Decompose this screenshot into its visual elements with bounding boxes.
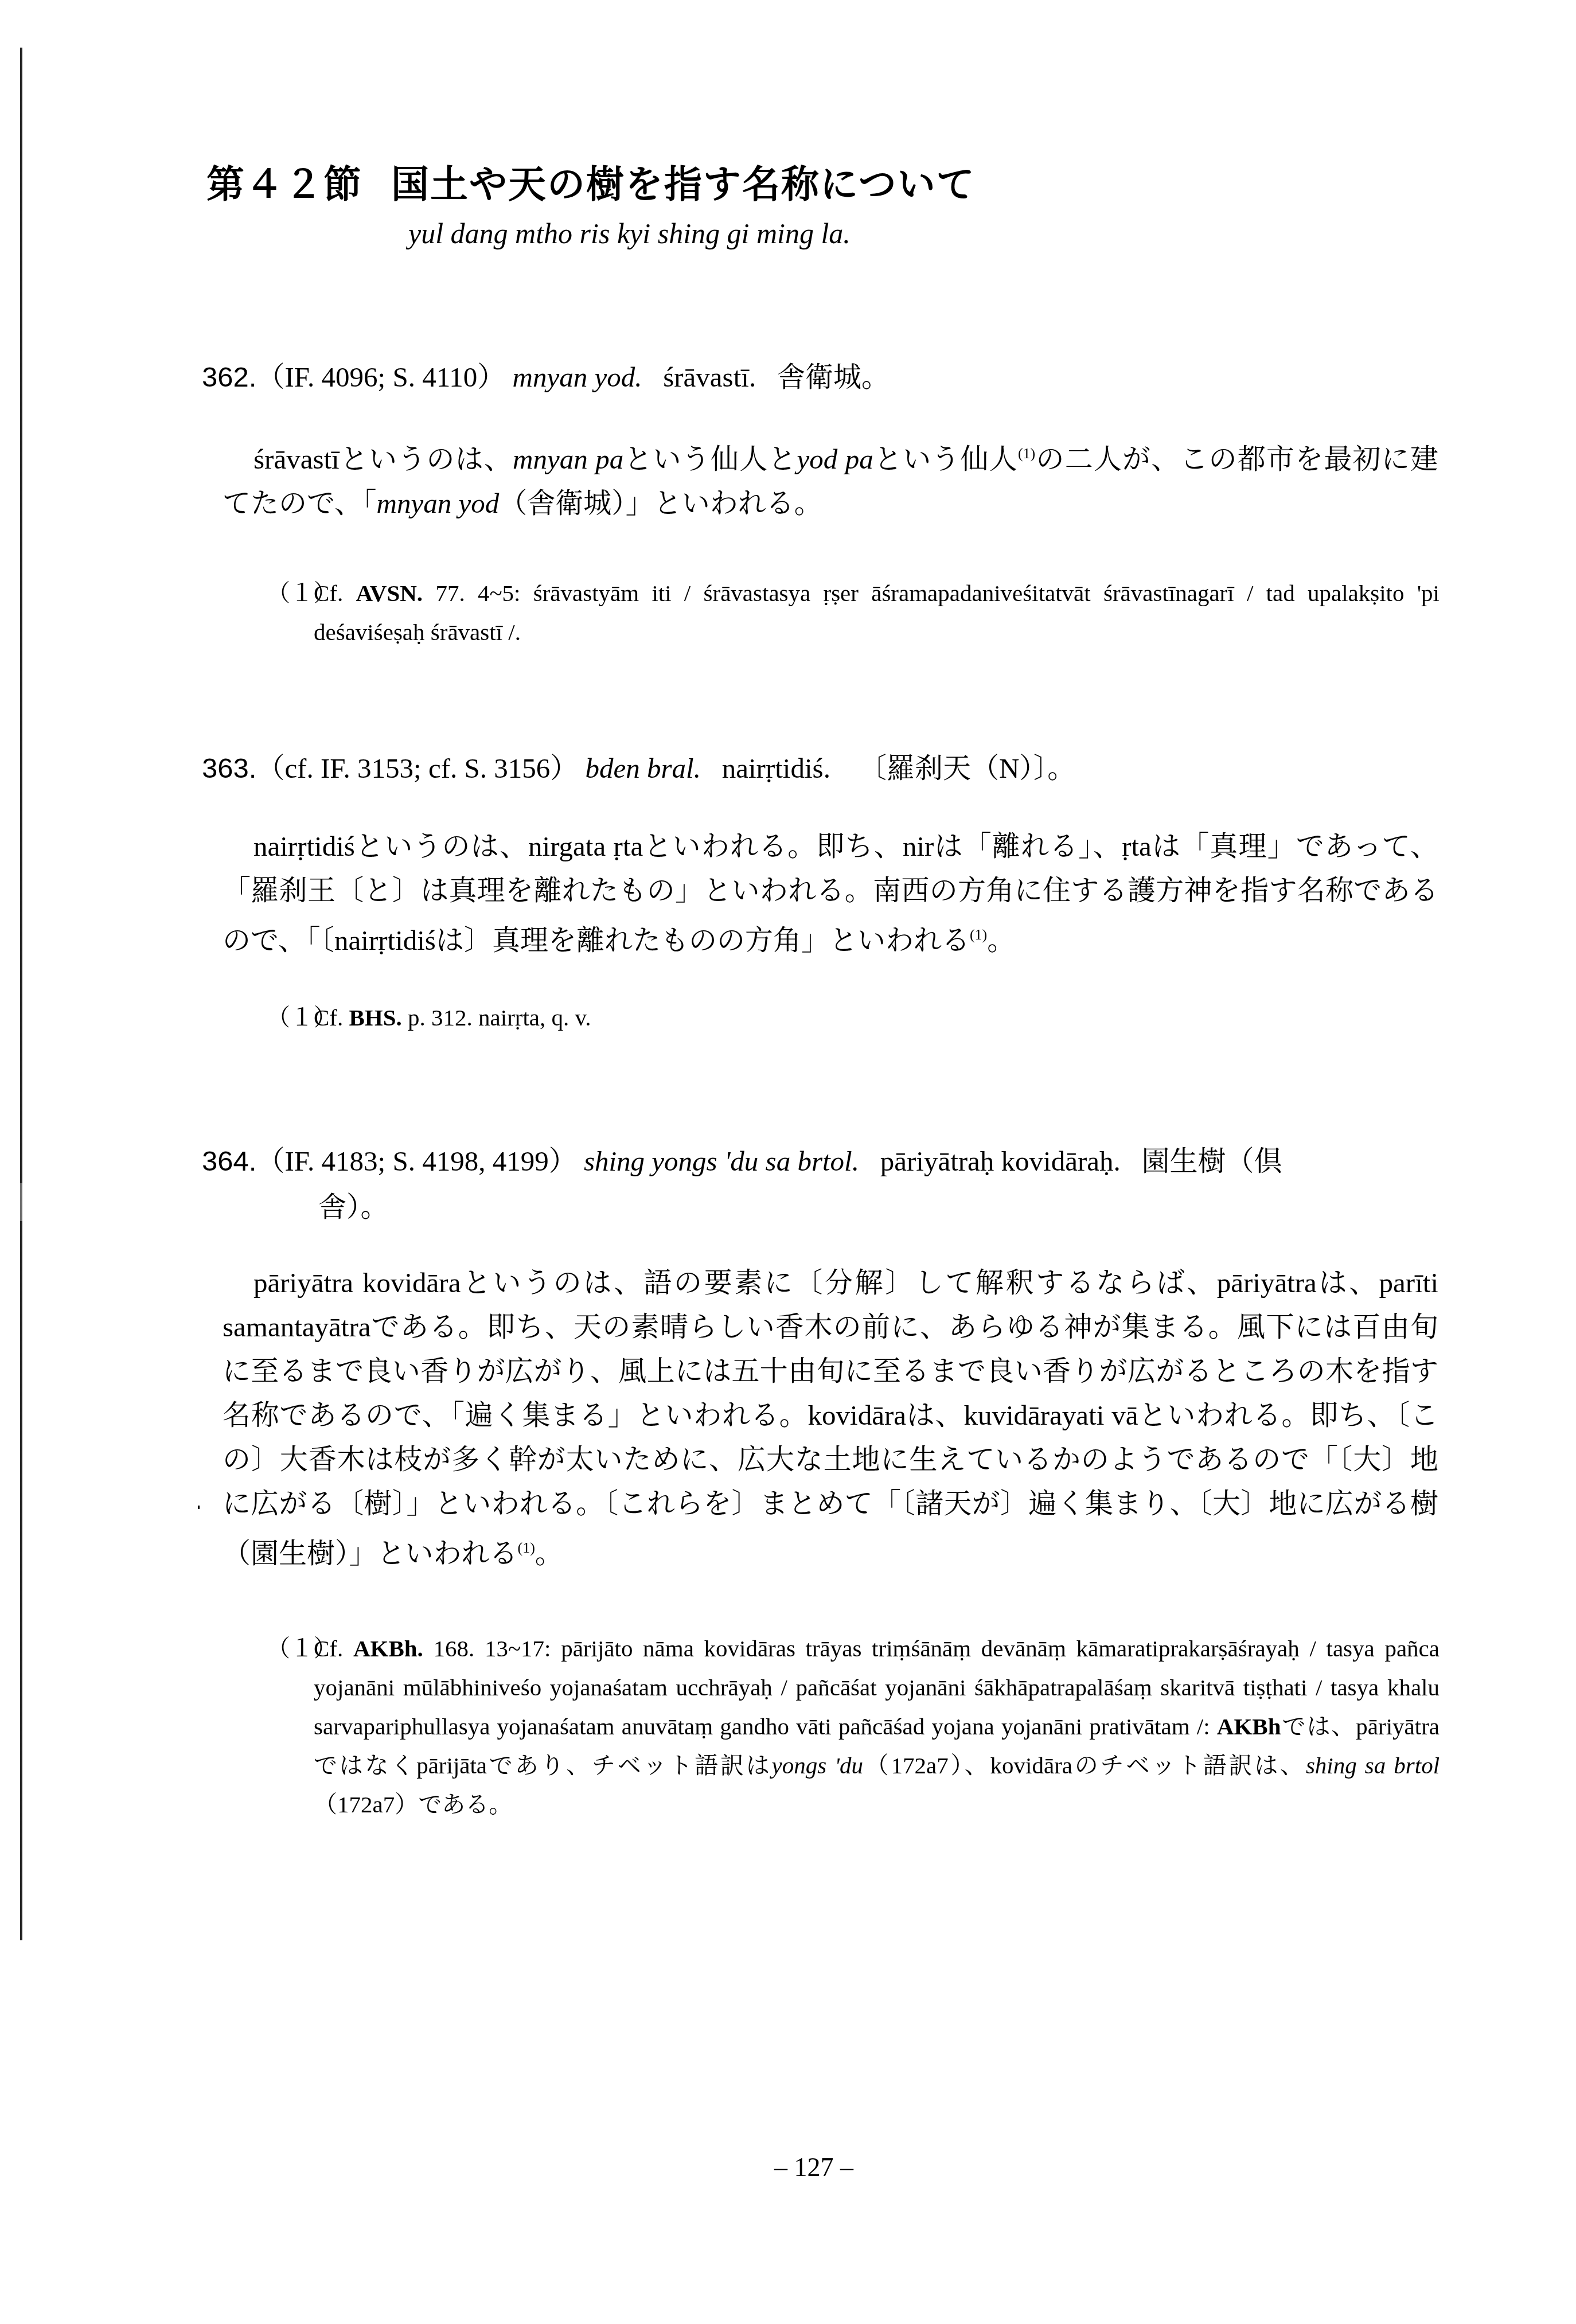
entry-paragraph-362: śrāvastīというのは、mnyan paという仙人とyod paという仙人(… [223, 431, 1438, 525]
entry-japanese: 園生樹（倶 [1142, 1145, 1282, 1177]
text-italic: shing sa brtol [1306, 1752, 1440, 1779]
text: という仙人 [873, 443, 1018, 475]
text: Cf. [314, 1004, 343, 1031]
entry-japanese-continued: 舎）。 [202, 1184, 1282, 1230]
entry-heading-363: 363.（cf. IF. 3153; cf. S. 3156） bden bra… [202, 746, 1075, 791]
footnote-source: BHS. [349, 1004, 402, 1031]
text: 。 [987, 925, 1015, 956]
text: という仙人と [623, 443, 797, 475]
section-subtitle-tibetan: yul dang mtho ris kyi shing gi ming la. [408, 217, 851, 250]
entry-number: 362. [202, 362, 256, 393]
entry-reference: （IF. 4183; S. 4198, 4199） [256, 1145, 576, 1177]
entry-heading-362: 362.（IF. 4096; S. 4110） mnyan yod. śrāva… [202, 354, 890, 400]
footnote-363-1: （１） Cf. BHS. p. 312. nairṛta, q. v. [267, 998, 1440, 1037]
text: p. 312. nairṛta, q. v. [408, 1004, 591, 1031]
entry-japanese: 〔羅刹天（N）〕。 [859, 752, 1075, 784]
entry-heading-364: 364.（IF. 4183; S. 4198, 4199） shing yong… [202, 1138, 1282, 1230]
footnote-source: AVSN. [356, 580, 423, 606]
scan-margin-line [20, 48, 22, 1940]
text: （舎衛城）」といわれる。 [499, 488, 822, 519]
footnote-362-1: （１） Cf. AVSN. 77. 4~5: śrāvastyām iti / … [267, 574, 1440, 652]
text: Cf. [314, 1635, 343, 1662]
text: Cf. [314, 580, 343, 606]
text-italic: yongs 'du [772, 1752, 863, 1779]
entry-tibetan: bden bral. [586, 752, 701, 784]
footnote-mark: （１） [267, 1629, 313, 1668]
entry-sanskrit: śrāvastī. [663, 361, 756, 393]
text: śrāvastīというのは、 [253, 443, 513, 475]
text-italic: yod pa [797, 443, 873, 475]
entry-sanskrit: nairṛtidiś. [722, 752, 830, 784]
section-number: 第４２節 [206, 162, 362, 206]
footnote-ref: (1) [970, 926, 987, 943]
footnote-mark: （１） [267, 998, 313, 1037]
entry-sanskrit: pāriyātraḥ kovidāraḥ. [880, 1145, 1121, 1177]
text-italic: mnyan yod [377, 488, 500, 519]
entry-japanese: 舎衛城。 [777, 361, 890, 393]
section-title: 第４２節国土や天の樹を指す名称について [206, 154, 976, 208]
footnote-mark: （１） [267, 574, 313, 613]
entry-number: 364. [202, 1146, 256, 1177]
section-title-text: 国土や天の樹を指す名称について [391, 162, 976, 206]
footnote-source: AKBh. [353, 1635, 423, 1662]
text: （172a7）である。 [314, 1791, 512, 1818]
entry-reference: （cf. IF. 3153; cf. S. 3156） [256, 752, 578, 784]
scan-speck [198, 1506, 200, 1509]
entry-number: 363. [202, 753, 256, 784]
entry-paragraph-364: pāriyātra kovidāraというのは、語の要素に〔分解〕して解釈するな… [223, 1261, 1438, 1576]
footnote-ref: (1) [518, 1539, 535, 1556]
text-italic: mnyan pa [513, 443, 623, 475]
footnote-364-1: （１） Cf. AKBh. 168. 13~17: pārijāto nāma … [267, 1629, 1440, 1824]
entry-tibetan: shing yongs 'du sa brtol. [584, 1145, 859, 1177]
entry-paragraph-363: nairṛtidiśというのは、nirgata ṛtaといわれる。即ち、nirは… [223, 824, 1438, 962]
text: pāriyātra kovidāraというのは、語の要素に〔分解〕して解釈するな… [223, 1267, 1438, 1569]
entry-tibetan: mnyan yod. [513, 361, 642, 393]
text: nairṛtidiśというのは、nirgata ṛtaといわれる。即ち、nirは… [223, 830, 1438, 956]
footnote-ref: (1) [1018, 445, 1035, 462]
footnote-source: AKBh [1217, 1713, 1281, 1740]
text: （172a7）、kovidāraのチベット語訳は、 [863, 1752, 1306, 1779]
entry-reference: （IF. 4096; S. 4110） [256, 361, 505, 393]
text: 77. 4~5: śrāvastyām iti / śrāvastasya ṛṣ… [314, 580, 1440, 645]
text: 。 [535, 1538, 563, 1569]
page-number: – 127 – [774, 2152, 853, 2182]
